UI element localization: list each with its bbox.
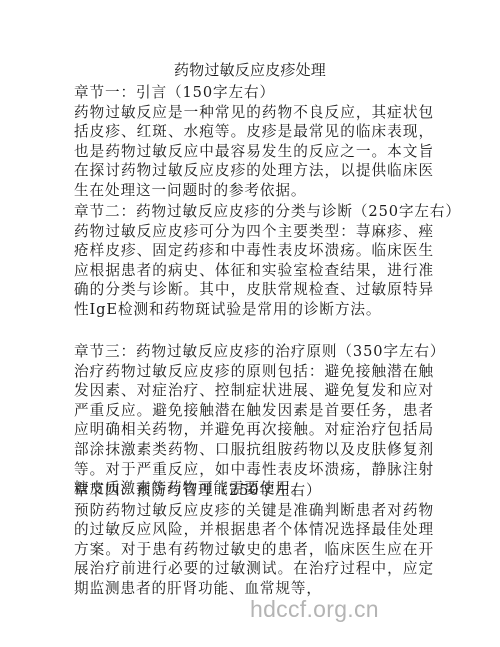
- document-title: 药物过敏反应皮疹处理: [0, 60, 500, 80]
- section-body: 治疗药物过敏反应皮疹的原则包括：避免接触潜在触发因素、对症治疗、控制症状进展、避…: [74, 362, 434, 499]
- section-treatment-principles: 章节三：药物过敏反应皮疹的治疗原则（350字左右） 治疗药物过敏反应皮疹的原则包…: [74, 342, 434, 499]
- section-introduction: 章节一：引言（150字左右） 药物过敏反应是一种常见的药物不良反应，其症状包括皮…: [74, 83, 434, 201]
- section-heading: 章节二：药物过敏反应皮疹的分类与诊断（250字左右）: [74, 202, 434, 222]
- section-classification-diagnosis: 章节二：药物过敏反应皮疹的分类与诊断（250字左右） 药物过敏反应皮疹可分为四个…: [74, 202, 434, 320]
- section-prevention-management: 章节四：预防与管理（250字左右） 预防药物过敏反应皮疹的关键是准确判断患者对药…: [74, 481, 434, 599]
- section-body: 预防药物过敏反应皮疹的关键是准确判断患者对药物的过敏反应风险，并根据患者个体情况…: [74, 501, 434, 599]
- section-heading: 章节三：药物过敏反应皮疹的治疗原则（350字左右）: [74, 342, 434, 362]
- section-body: 药物过敏反应皮疹可分为四个主要类型：荨麻疹、痤疮样皮疹、固定药疹和中毒性表皮坏溃…: [74, 222, 434, 320]
- watermark: hdccf.org.cn: [250, 596, 379, 623]
- section-heading: 章节四：预防与管理（250字左右）: [74, 481, 434, 501]
- section-body: 药物过敏反应是一种常见的药物不良反应，其症状包括皮疹、红斑、水疱等。皮疹是最常见…: [74, 103, 434, 201]
- section-heading: 章节一：引言（150字左右）: [74, 83, 434, 103]
